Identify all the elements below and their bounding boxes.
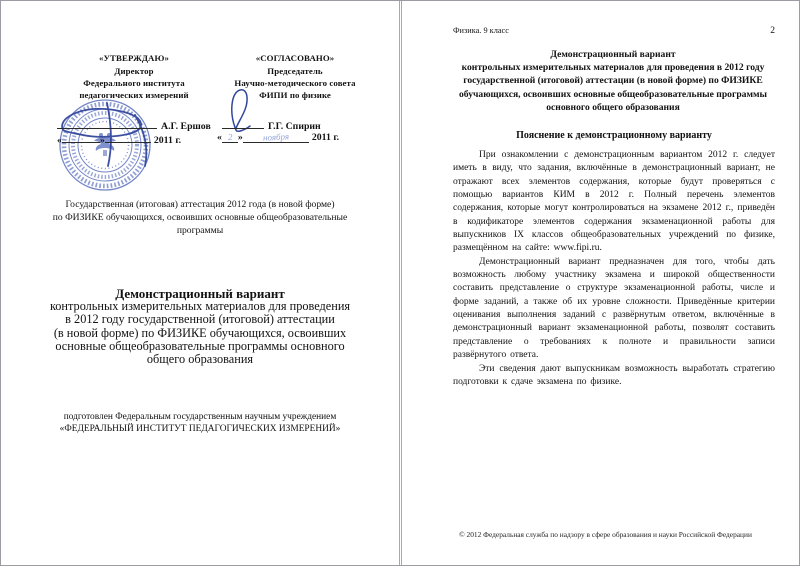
demo-title-line: Демонстрационный вариант <box>447 48 779 61</box>
demo-title-line: основного общего образования <box>447 101 779 114</box>
header-subject: Физика. 9 класс <box>453 26 509 35</box>
paragraph: Демонстрационный вариант предназначен дл… <box>453 256 775 363</box>
signature-line <box>222 118 264 129</box>
copyright-footer: © 2012 Федеральная служба по надзору в с… <box>416 530 795 539</box>
prepared-by-line: подготовлен Федеральным государственным … <box>1 411 399 423</box>
handwritten-month: ноября <box>263 132 290 142</box>
date-row-spirin: «2»ноября2011 г. <box>217 132 339 143</box>
approval-line: Председатель <box>207 66 383 78</box>
exam-info-block: Государственная (итоговая) аттестация 20… <box>1 198 399 237</box>
approval-block-utverzhdayu: «УТВЕРЖДАЮ» Директор Федерального инстит… <box>43 53 225 102</box>
section-heading: Пояснение к демонстрационному варианту <box>453 130 775 141</box>
title-page: «УТВЕРЖДАЮ» Директор Федерального инстит… <box>1 1 400 565</box>
document-spread: «УТВЕРЖДАЮ» Директор Федерального инстит… <box>0 0 800 566</box>
demo-title-line: контрольных измерительных материалов для… <box>447 61 779 74</box>
page-number: 2 <box>770 25 775 36</box>
demo-variant-title: Демонстрационный вариант контрольных изм… <box>447 48 779 114</box>
signer-name: А.Г. Ершов <box>161 121 211 132</box>
paragraph: Эти сведения дают выпускникам возможност… <box>453 363 775 390</box>
signature-row-spirin: Г.Г. Спирин <box>222 118 321 132</box>
signature-row-ershov: А.Г. Ершов <box>57 118 211 132</box>
prepared-by-block: подготовлен Федеральным государственным … <box>1 411 399 436</box>
demo-title-line: обучающихся, освоивших основные общеобра… <box>447 88 779 101</box>
date-year: 2011 г. <box>154 135 181 146</box>
date-row-ershov: «»2011 г. <box>57 132 181 146</box>
approval-line: Директор <box>43 66 225 78</box>
explanation-page: Физика. 9 класс 2 Демонстрационный вариа… <box>401 1 800 565</box>
main-title-line: общего образования <box>1 353 399 366</box>
date-month-line: ноября <box>243 132 309 143</box>
date-year: 2011 г. <box>312 132 339 143</box>
date-day-line <box>62 132 100 143</box>
signature-line <box>57 118 157 129</box>
main-title-line: в 2012 году государственной (итоговой) а… <box>1 313 399 326</box>
page-header: Физика. 9 класс 2 <box>453 25 775 36</box>
signer-name: Г.Г. Спирин <box>268 121 321 132</box>
demo-title-line: государственной (итоговой) аттестации (в… <box>447 74 779 87</box>
exam-info-line: программы <box>1 224 399 237</box>
main-title-block: Демонстрационный вариант контрольных изм… <box>1 287 399 366</box>
approval-title: «УТВЕРЖДАЮ» <box>43 53 225 65</box>
date-day-line: 2 <box>222 132 238 143</box>
approval-title: «СОГЛАСОВАНО» <box>207 53 383 65</box>
exam-info-line: по ФИЗИКЕ обучающихся, освоивших основны… <box>1 211 399 224</box>
paragraph: При ознакомлении с демонстрационным вари… <box>453 149 775 256</box>
explanation-body: При ознакомлении с демонстрационным вари… <box>453 149 775 389</box>
exam-info-line: Государственная (итоговая) аттестация 20… <box>1 198 399 211</box>
approval-line: Федерального института <box>43 78 225 90</box>
handwritten-day: 2 <box>227 133 232 142</box>
main-title-line: (в новой форме) по ФИЗИКЕ обучающихся, о… <box>1 327 399 340</box>
prepared-by-line: «ФЕДЕРАЛЬНЫЙ ИНСТИТУТ ПЕДАГОГИЧЕСКИХ ИЗМ… <box>1 423 399 435</box>
date-month-line <box>105 132 151 143</box>
